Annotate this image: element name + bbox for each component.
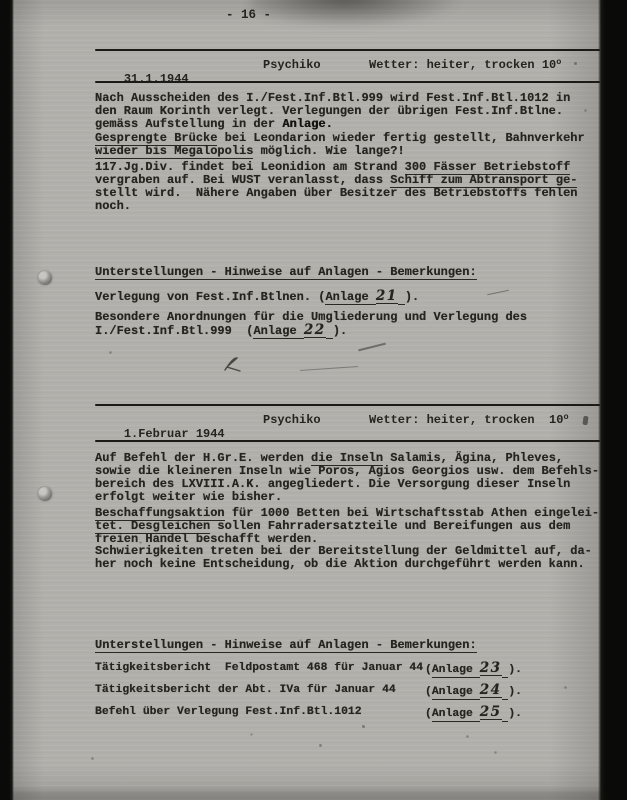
pencil-line-mark <box>300 366 358 371</box>
entry2-place: Psychiko <box>263 413 321 427</box>
text-segment: Anlage. <box>282 118 332 131</box>
paragraph-5: Beschaffungsaktion für 1000 Betten bei W… <box>95 507 599 546</box>
text-segment: wieder bis Megalopolis <box>95 145 253 159</box>
text-line: wieder bis Megalopolis möglich. Wie lang… <box>95 145 585 158</box>
text-segment <box>502 664 509 678</box>
entry1-weather: Wetter: heiter, trocken 10o <box>369 58 561 72</box>
text-segment: ( <box>425 708 432 721</box>
text-segment: stellt wird. Nähere Angaben über Besitze… <box>95 187 577 200</box>
scan-shadow-smudge <box>248 0 463 28</box>
text-segment: I./Fest.Inf.Btl.999 ( <box>95 325 253 338</box>
text-segment <box>502 708 509 722</box>
annex-row-label-1: Tätigkeitsbericht Feldpostamt 468 für Ja… <box>95 662 423 675</box>
degree-symbol: o <box>556 57 561 67</box>
entry2-weather-text: Wetter: heiter, trocken 10 <box>369 413 563 427</box>
header-rule-bottom-1 <box>95 81 600 83</box>
text-segment: noch. <box>95 200 131 213</box>
annex-row-label-2: Tätigkeitsbericht der Abt. IVa für Janua… <box>95 684 396 697</box>
paragraph-4: Auf Befehl der H.Gr.E. werden die Inseln… <box>95 452 599 504</box>
annex-heading-text: Unterstellungen - Hinweise auf Anlagen -… <box>95 639 477 653</box>
annex-item-besondere: Besondere Anordnungen für die Umgliederu… <box>95 311 527 337</box>
handwritten-annex-number: 22 <box>304 324 326 338</box>
text-line: (Anlage 23 ). <box>425 662 522 675</box>
text-line: Tätigkeitsbericht Feldpostamt 468 für Ja… <box>95 662 423 675</box>
annex-heading-text: Unterstellungen - Hinweise auf Anlagen -… <box>95 266 477 280</box>
text-segment: Anlage <box>432 686 480 700</box>
scan-right-border <box>598 0 627 800</box>
text-line: Unterstellungen - Hinweise auf Anlagen -… <box>95 639 477 652</box>
text-segment: her noch keine Entscheidung, ob die Akti… <box>95 558 585 571</box>
annex-heading-1: Unterstellungen - Hinweise auf Anlagen -… <box>95 266 477 279</box>
text-segment: ). <box>333 325 347 338</box>
text-segment: ). <box>508 686 522 699</box>
pencil-dash-mark-2 <box>358 343 386 351</box>
text-line: erfolgt weiter wie bisher. <box>95 491 599 504</box>
text-line: I./Fest.Inf.Btl.999 (Anlage 22 ). <box>95 324 527 337</box>
text-segment <box>398 291 405 305</box>
text-segment: erfolgt weiter wie bisher. <box>95 491 282 504</box>
punch-hole-bottom <box>38 487 52 501</box>
annex-row-ref-1: (Anlage 23 ). <box>425 662 522 675</box>
scan-left-border <box>0 0 14 800</box>
pencil-dash-mark-1 <box>487 290 509 296</box>
text-segment: Tätigkeitsbericht der Abt. IVa für Janua… <box>95 684 396 697</box>
handwritten-annex-number: 23 <box>480 662 502 676</box>
text-segment: Tätigkeitsbericht Feldpostamt 468 für Ja… <box>95 662 423 675</box>
text-segment: ( <box>425 664 432 677</box>
degree-symbol-2: o <box>563 412 568 422</box>
text-segment: möglich. Wie lange?! <box>253 145 404 158</box>
text-segment <box>326 325 333 339</box>
entry1-place: Psychiko <box>263 58 321 72</box>
text-segment: ( <box>425 686 432 699</box>
paragraph-3: 117.Jg.Div. findet bei Leonidion am Stra… <box>95 161 577 213</box>
text-segment <box>502 686 509 700</box>
text-segment: ). <box>405 291 419 304</box>
text-line: Tätigkeitsbericht der Abt. IVa für Janua… <box>95 684 396 697</box>
entry2-date: 1.Februar 1944 <box>124 427 225 441</box>
paragraph-1: Nach Ausscheiden des I./Fest.Inf.Btl.999… <box>95 92 570 131</box>
text-line: stellt wird. Nähere Angaben über Besitze… <box>95 187 577 200</box>
text-segment: gemäss Aufstellung in der <box>95 118 282 131</box>
handwritten-annex-number: 21 <box>376 290 398 304</box>
text-line: noch. <box>95 200 577 213</box>
header-rule-top-2 <box>95 404 600 406</box>
header-rule-top-1 <box>95 49 600 51</box>
text-segment: Befehl über Verlegung Fest.Inf.Btl.1012 <box>95 706 362 719</box>
handwritten-annex-number: 24 <box>480 684 502 698</box>
text-segment: Anlage <box>253 325 303 339</box>
annex-row-label-3: Befehl über Verlegung Fest.Inf.Btl.1012 <box>95 706 362 719</box>
entry2-weather: Wetter: heiter, trocken 10o <box>369 413 569 427</box>
text-line: gemäss Aufstellung in der Anlage. <box>95 118 570 131</box>
page-number: - 16 - <box>226 8 271 22</box>
text-line: Befehl über Verlegung Fest.Inf.Btl.1012 <box>95 706 362 719</box>
text-line: her noch keine Entscheidung, ob die Akti… <box>95 558 592 571</box>
document-page: - 16 - 31.1.1944 Psychiko Wetter: heiter… <box>0 0 627 800</box>
text-line: (Anlage 25 ). <box>425 706 522 719</box>
annex-heading-2: Unterstellungen - Hinweise auf Anlagen -… <box>95 639 477 652</box>
text-segment: Anlage <box>432 664 480 678</box>
text-segment: ). <box>508 664 522 677</box>
handwritten-squiggle-mark <box>221 352 247 378</box>
text-segment: Anlage <box>325 291 375 305</box>
annex-row-ref-2: (Anlage 24 ). <box>425 684 522 697</box>
annex-item-verlegung: Verlegung von Fest.Inf.Btlnen. (Anlage 2… <box>95 290 419 303</box>
text-segment: Anlage <box>432 708 480 722</box>
text-segment: Verlegung von Fest.Inf.Btlnen. ( <box>95 291 325 304</box>
punch-hole-top <box>38 271 52 285</box>
header-rule-bottom-2 <box>95 440 600 442</box>
text-segment: ). <box>508 708 522 721</box>
text-line: Unterstellungen - Hinweise auf Anlagen -… <box>95 266 477 279</box>
paragraph-2: Gesprengte Brücke bei Leondarion wieder … <box>95 132 585 158</box>
annex-row-ref-3: (Anlage 25 ). <box>425 706 522 719</box>
text-line: Verlegung von Fest.Inf.Btlnen. (Anlage 2… <box>95 290 419 303</box>
entry1-weather-text: Wetter: heiter, trocken 10 <box>369 58 556 72</box>
handwritten-annex-number: 25 <box>480 706 502 720</box>
text-line: (Anlage 24 ). <box>425 684 522 697</box>
paragraph-6: Schwierigkeiten treten bei der Bereitste… <box>95 545 592 571</box>
entry1-date: 31.1.1944 <box>124 72 189 86</box>
